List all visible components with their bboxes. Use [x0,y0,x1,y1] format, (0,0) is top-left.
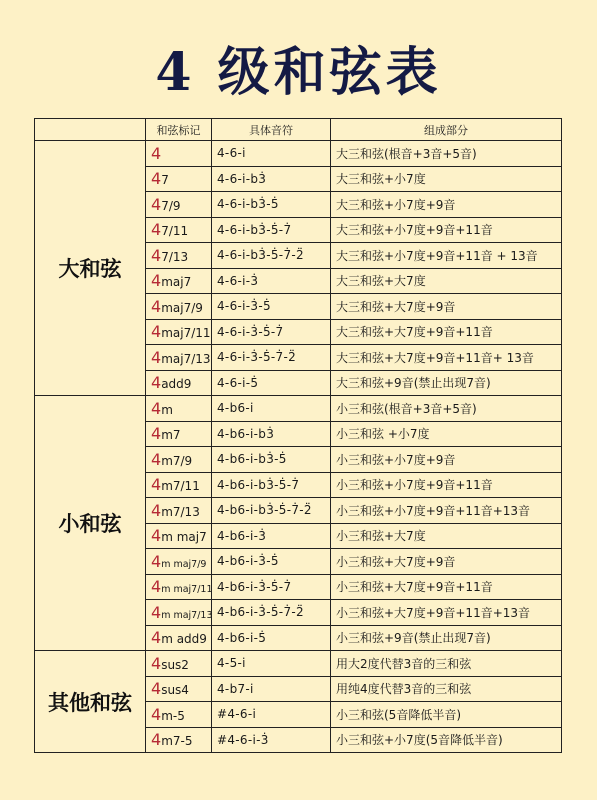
chord-symbol-cell: 4m-5 [146,702,212,728]
chord-root: 4 [151,195,161,214]
composition-cell: 小三和弦+大7度 [331,523,562,549]
chord-symbol-cell: 4sus2 [146,651,212,677]
chord-root: 4 [151,322,161,341]
chord-root: 4 [151,526,161,545]
notes-cell: 4-b6-i̇-b3̇ [212,421,331,447]
composition-cell: 小三和弦+小7度+9音+11音 [331,472,562,498]
page-title: 4 级和弦表 [0,30,597,105]
chord-symbol-cell: 47/11 [146,217,212,243]
chord-suffix: maj7/11 [161,326,210,340]
composition-cell: 大三和弦+大7度 [331,268,562,294]
composition-cell: 小三和弦 +小7度 [331,421,562,447]
chord-symbol-cell: 4maj7/13 [146,345,212,371]
composition-cell: 大三和弦+9音(禁止出现7音) [331,370,562,396]
chord-root: 4 [151,297,161,316]
composition-cell: 大三和弦+大7度+9音 [331,294,562,320]
chord-suffix: 7/9 [161,199,180,213]
composition-cell: 小三和弦+小7度(5音降低半音) [331,727,562,753]
chord-root: 4 [151,501,161,520]
notes-cell: 4-b6-i̇-5̇ [212,625,331,651]
chord-root: 4 [151,271,161,290]
composition-cell: 小三和弦(5音降低半音) [331,702,562,728]
header-chord-symbol: 和弦标记 [146,119,212,141]
notes-cell: 4-b6-i̇-3̇-5̇-7̇ [212,574,331,600]
composition-cell: 小三和弦+大7度+9音+11音+13音 [331,600,562,626]
chord-symbol-cell: 47 [146,166,212,192]
chord-root: 4 [151,246,161,265]
chord-root: 4 [151,475,161,494]
chord-root: 4 [151,705,161,724]
chord-symbol-cell: 47/13 [146,243,212,269]
notes-cell: 4-6-i̇-3̇-5̇-7̇ [212,319,331,345]
chord-symbol-cell: 4m7/13 [146,498,212,524]
chord-suffix: m-5 [161,709,185,723]
chord-suffix: m maj7 [161,530,207,544]
chord-symbol-cell: 4sus4 [146,676,212,702]
composition-cell: 小三和弦+9音(禁止出现7音) [331,625,562,651]
chord-suffix: sus2 [161,658,189,672]
composition-cell: 用纯4度代替3音的三和弦 [331,676,562,702]
chord-root: 4 [151,628,161,647]
table-row: 其他和弦4sus24-5-i̇用大2度代替3音的三和弦 [35,651,562,677]
chord-suffix: m maj7/9 [161,559,206,570]
notes-cell: 4-6-i̇ [212,141,331,167]
chord-suffix: maj7 [161,275,191,289]
chord-symbol-cell: 4m maj7 [146,523,212,549]
notes-cell: 4-b6-i̇-3̇-5̇-7̇-2̈ [212,600,331,626]
chord-suffix: sus4 [161,683,189,697]
chord-root: 4 [151,679,161,698]
notes-cell: 4-b7-i̇ [212,676,331,702]
chord-symbol-cell: 4m add9 [146,625,212,651]
chord-root: 4 [151,552,161,571]
composition-cell: 大三和弦+大7度+9音+11音 [331,319,562,345]
composition-cell: 用大2度代替3音的三和弦 [331,651,562,677]
notes-cell: 4-b6-i̇-b3̇-5̇ [212,447,331,473]
chord-suffix: 7/11 [161,224,188,238]
chord-symbol-cell: 4m7/9 [146,447,212,473]
notes-cell: 4-b6-i̇ [212,396,331,422]
chord-symbol-cell: 4maj7/11 [146,319,212,345]
chord-symbol-cell: 4m7 [146,421,212,447]
chord-symbol-cell: 4m7-5 [146,727,212,753]
table-row: 大和弦44-6-i̇大三和弦(根音+3音+5音) [35,141,562,167]
composition-cell: 小三和弦+大7度+9音+11音 [331,574,562,600]
notes-cell: 4-6-i̇-3̇-5̇-7̇-2̈ [212,345,331,371]
composition-cell: 小三和弦(根音+3音+5音) [331,396,562,422]
notes-cell: 4-b6-i̇-3̇ [212,523,331,549]
notes-cell: #4-6-i̇-3̇ [212,727,331,753]
header-group [35,119,146,141]
group-label: 其他和弦 [35,651,146,753]
chord-suffix: m maj7/11 [161,584,211,595]
notes-cell: #4-6-i̇ [212,702,331,728]
chord-root: 4 [151,373,161,392]
table-row: 小和弦4m4-b6-i̇小三和弦(根音+3音+5音) [35,396,562,422]
chord-symbol-cell: 47/9 [146,192,212,218]
group-label: 小和弦 [35,396,146,651]
chord-suffix: m [161,403,173,417]
chord-suffix: add9 [161,377,191,391]
chord-root: 4 [151,399,161,418]
chord-suffix: m7 [161,428,180,442]
chord-suffix: 7 [161,173,169,187]
chord-root: 4 [151,424,161,443]
group-label: 大和弦 [35,141,146,396]
chord-suffix: maj7/9 [161,301,203,315]
chord-root: 4 [151,603,161,622]
notes-cell: 4-6-i̇-b3̇-5̇ [212,192,331,218]
chord-symbol-cell: 4m maj7/13 [146,600,212,626]
notes-cell: 4-6-i̇-b3̇-5̇-7̇-2̈ [212,243,331,269]
chord-symbol-cell: 4m7/11 [146,472,212,498]
chord-symbol-cell: 4m maj7/11 [146,574,212,600]
header-composition: 组成部分 [331,119,562,141]
chord-suffix: maj7/13 [161,352,210,366]
composition-cell: 大三和弦+小7度+9音 [331,192,562,218]
chord-suffix: m7-5 [161,734,192,748]
chord-root: 4 [151,450,161,469]
composition-cell: 小三和弦+小7度+9音+11音+13音 [331,498,562,524]
notes-cell: 4-b6-i̇-3̇-5̇ [212,549,331,575]
chord-root: 4 [151,577,161,596]
notes-cell: 4-6-i̇-b3̇ [212,166,331,192]
composition-cell: 大三和弦+小7度 [331,166,562,192]
notes-cell: 4-6-i̇-b3̇-5̇-7̇ [212,217,331,243]
chord-suffix: 7/13 [161,250,188,264]
chord-table: 和弦标记 具体音符 组成部分 大和弦44-6-i̇大三和弦(根音+3音+5音)4… [34,118,562,753]
chord-symbol-cell: 4 [146,141,212,167]
notes-cell: 4-b6-i̇-b3̇-5̇-7̇-2̈ [212,498,331,524]
chord-suffix: m7/13 [161,505,200,519]
chord-suffix: m maj7/13 [161,610,211,621]
chord-root: 4 [151,169,161,188]
chord-suffix: m7/9 [161,454,192,468]
notes-cell: 4-6-i̇-3̇-5̇ [212,294,331,320]
composition-cell: 大三和弦+小7度+9音+11音 [331,217,562,243]
composition-cell: 大三和弦(根音+3音+5音) [331,141,562,167]
chord-suffix: m7/11 [161,479,200,493]
header-notes: 具体音符 [212,119,331,141]
chord-symbol-cell: 4maj7/9 [146,294,212,320]
chord-symbol-cell: 4m [146,396,212,422]
chord-suffix: m add9 [161,632,207,646]
notes-cell: 4-b6-i̇-b3̇-5̇-7̇ [212,472,331,498]
notes-cell: 4-6-i̇-5̇ [212,370,331,396]
chord-root: 4 [151,654,161,673]
chord-symbol-cell: 4add9 [146,370,212,396]
table-header-row: 和弦标记 具体音符 组成部分 [35,119,562,141]
chord-root: 4 [151,144,161,163]
composition-cell: 小三和弦+大7度+9音 [331,549,562,575]
chord-root: 4 [151,348,161,367]
chord-root: 4 [151,220,161,239]
composition-cell: 大三和弦+小7度+9音+11音 + 13音 [331,243,562,269]
chord-symbol-cell: 4m maj7/9 [146,549,212,575]
chord-root: 4 [151,730,161,749]
chord-symbol-cell: 4maj7 [146,268,212,294]
notes-cell: 4-5-i̇ [212,651,331,677]
composition-cell: 小三和弦+小7度+9音 [331,447,562,473]
notes-cell: 4-6-i̇-3̇ [212,268,331,294]
composition-cell: 大三和弦+大7度+9音+11音+ 13音 [331,345,562,371]
